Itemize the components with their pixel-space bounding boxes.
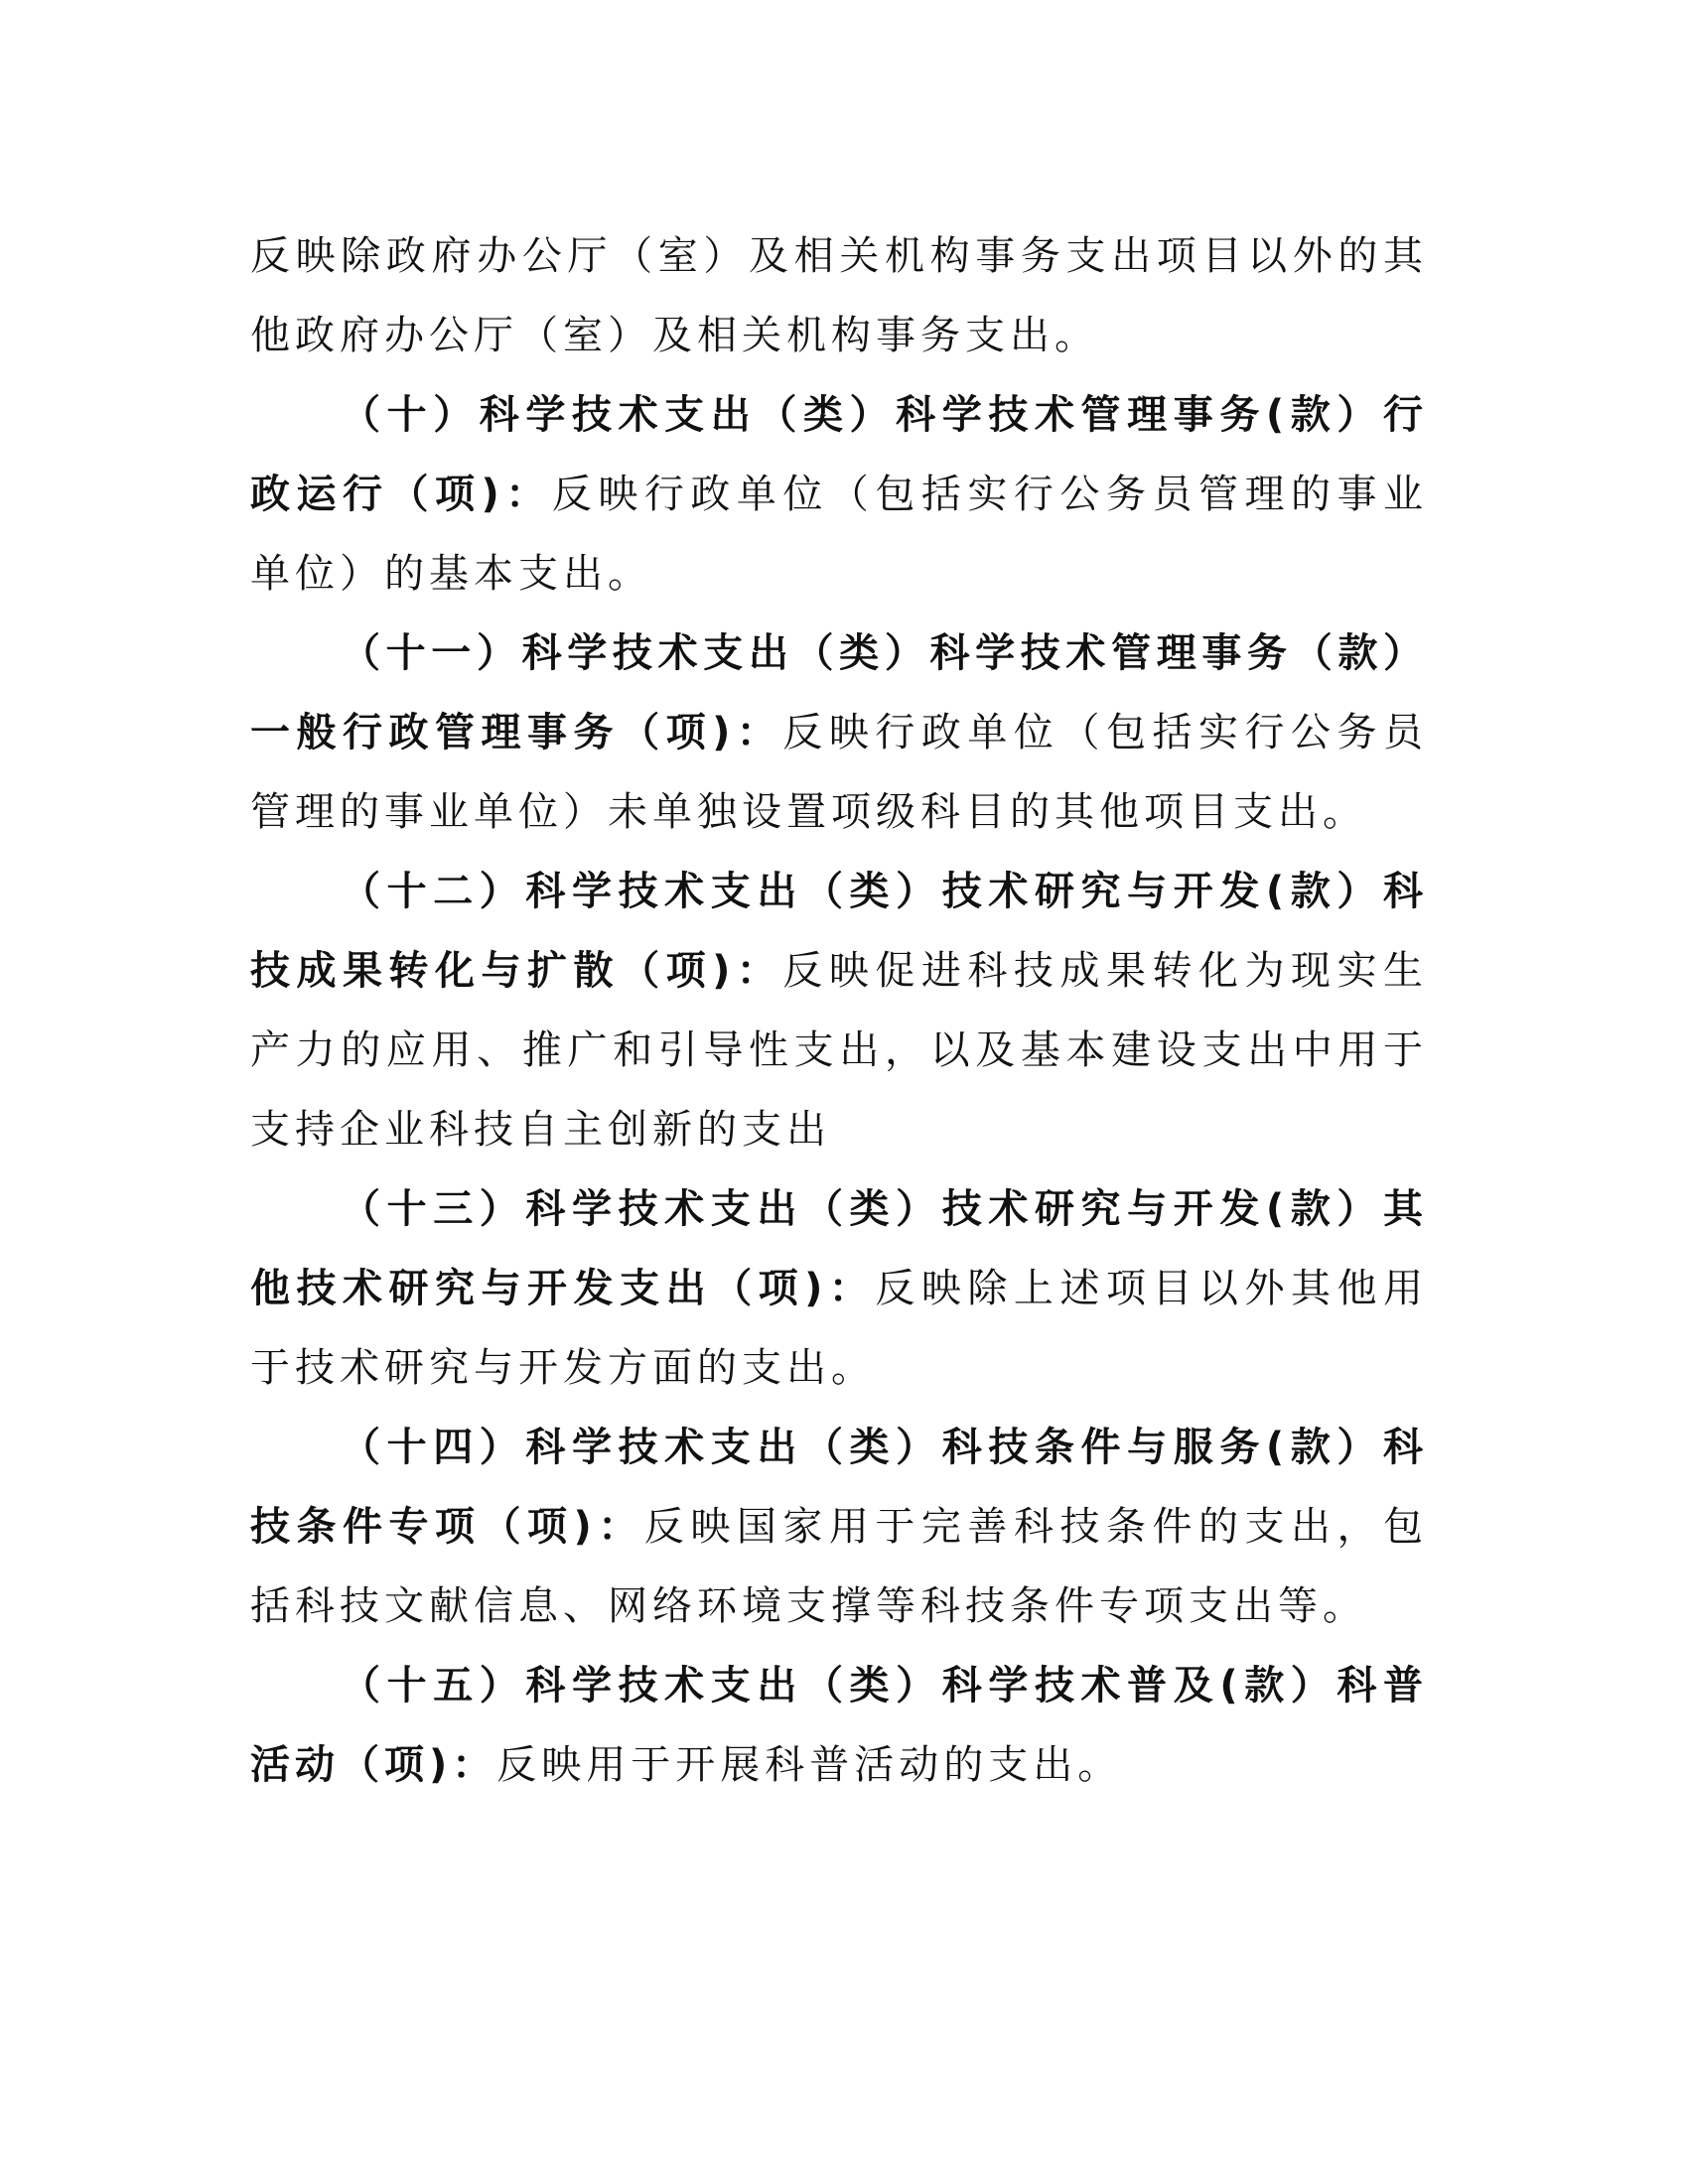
paragraph-item-12: （十二）科学技术支出（类）技术研究与开发(款）科技成果转化与扩散（项)：反映促进…: [250, 852, 1428, 1169]
paragraph-body: 反映除政府办公厅（室）及相关机构事务支出项目以外的其他政府办公厅（室）及相关机构…: [250, 233, 1428, 358]
item-body: 反映用于开展科普活动的支出。: [496, 1742, 1122, 1788]
paragraph-item-13: （十三）科学技术支出（类）技术研究与开发(款）其他技术研究与开发支出（项)：反映…: [250, 1169, 1428, 1408]
paragraph-continuation: 反映除政府办公厅（室）及相关机构事务支出项目以外的其他政府办公厅（室）及相关机构…: [250, 216, 1428, 375]
document-page: 反映除政府办公厅（室）及相关机构事务支出项目以外的其他政府办公厅（室）及相关机构…: [250, 216, 1428, 1805]
paragraph-item-10: （十）科学技术支出（类）科学技术管理事务(款）行政运行（项)：反映行政单位（包括…: [250, 375, 1428, 614]
paragraph-item-11: （十一）科学技术支出（类）科学技术管理事务（款）一般行政管理事务（项)：反映行政…: [250, 614, 1428, 852]
paragraph-item-14: （十四）科学技术支出（类）科技条件与服务(款）科技条件专项（项)：反映国家用于完…: [250, 1408, 1428, 1646]
paragraph-item-15: （十五）科学技术支出（类）科学技术普及(款）科普活动（项)：反映用于开展科普活动…: [250, 1646, 1428, 1805]
